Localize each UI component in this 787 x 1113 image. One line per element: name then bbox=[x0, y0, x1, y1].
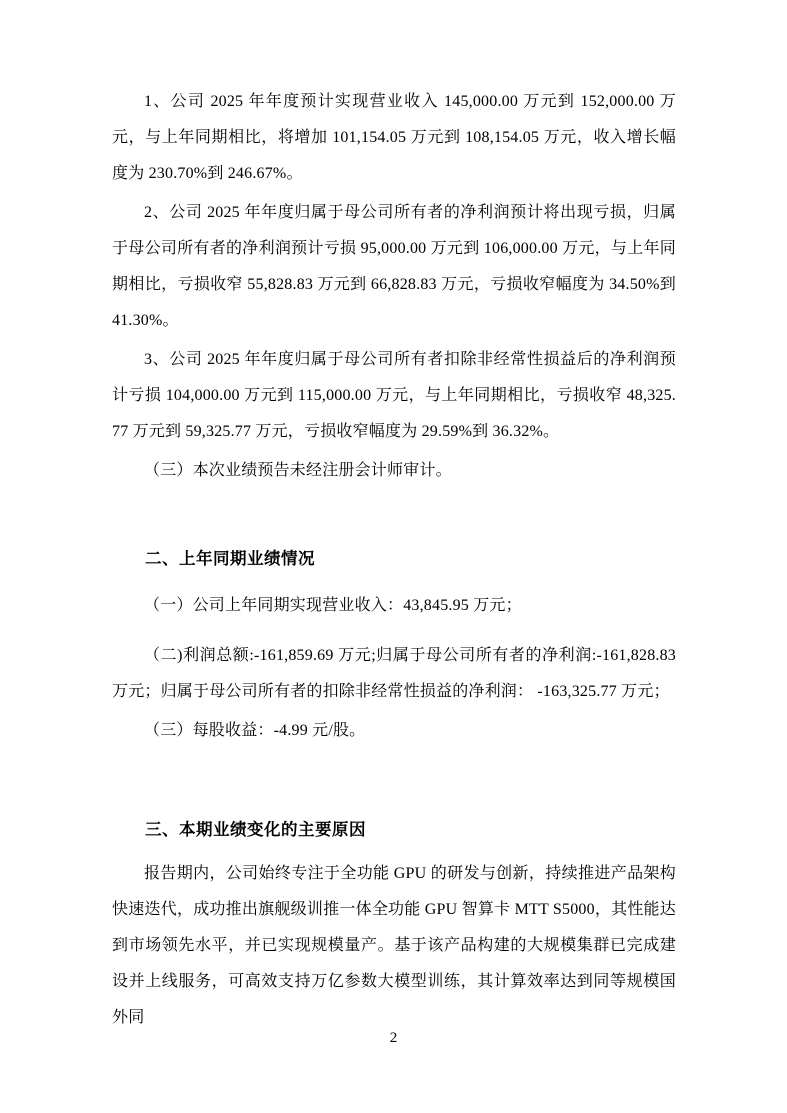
section-heading-main-reasons: 三、本期业绩变化的主要原因 bbox=[112, 812, 676, 848]
paragraph-reporting-period-summary: 报告期内，公司始终专注于全功能 GPU 的研发与创新，持续推进产品架构快速迭代，… bbox=[112, 856, 676, 1036]
paragraph-prior-year-revenue: （一）公司上年同期实现营业收入：43,845.95 万元； bbox=[112, 588, 676, 624]
section-heading-prior-year-performance: 二、上年同期业绩情况 bbox=[112, 541, 676, 577]
paragraph-unaudited-note: （三）本次业绩预告未经注册会计师审计。 bbox=[112, 453, 676, 489]
paragraph-prior-year-eps: （三）每股收益：-4.99 元/股。 bbox=[112, 713, 676, 749]
paragraph-net-profit-forecast: 2、公司 2025 年年度归属于母公司所有者的净利润预计将出现亏损，归属于母公司… bbox=[112, 195, 676, 339]
document-content: 1、公司 2025 年年度预计实现营业收入 145,000.00 万元到 152… bbox=[112, 84, 676, 1036]
page-number: 2 bbox=[0, 1028, 787, 1048]
paragraph-deducted-net-profit-forecast: 3、公司 2025 年年度归属于母公司所有者扣除非经常性损益后的净利润预计亏损 … bbox=[112, 342, 676, 450]
document-page: 1、公司 2025 年年度预计实现营业收入 145,000.00 万元到 152… bbox=[0, 0, 787, 1113]
paragraph-revenue-forecast: 1、公司 2025 年年度预计实现营业收入 145,000.00 万元到 152… bbox=[112, 84, 676, 192]
paragraph-prior-year-profit: （二)利润总额:-161,859.69 万元;归属于母公司所有者的净利润:-16… bbox=[112, 638, 676, 710]
